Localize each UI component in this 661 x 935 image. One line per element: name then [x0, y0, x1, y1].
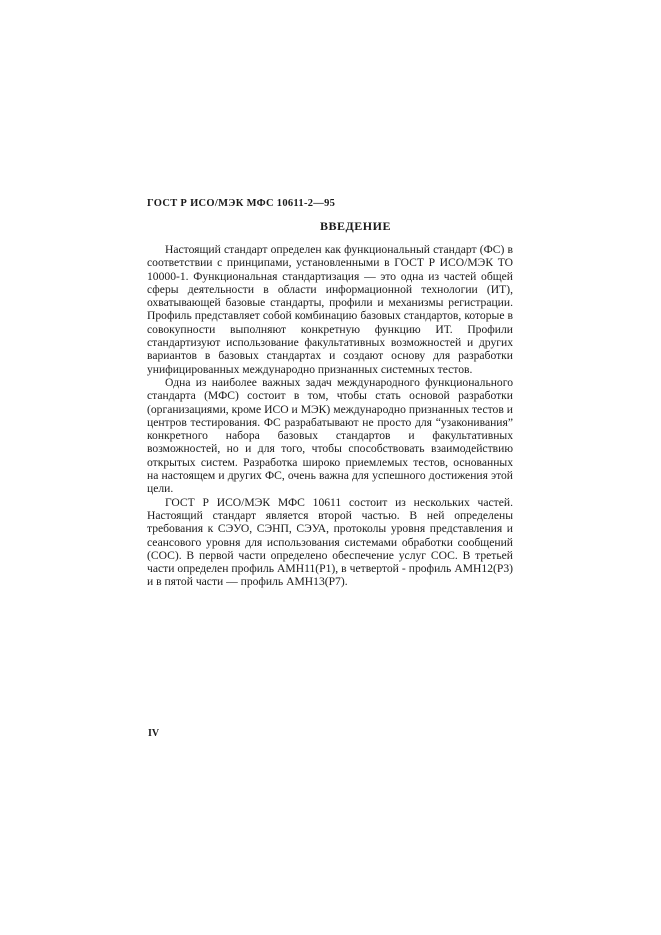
section-title: ВВЕДЕНИЕ [0, 219, 661, 234]
paragraph-1: Настоящий стандарт определен как функцио… [147, 243, 513, 376]
paragraph-2: Одна из наиболее важных задач международ… [147, 376, 513, 496]
paragraph-3: ГОСТ Р ИСО/МЭК МФС 10611 состоит из неск… [147, 496, 513, 589]
page-number: IV [148, 728, 159, 739]
document-header: ГОСТ Р ИСО/МЭК МФС 10611-2—95 [147, 198, 335, 209]
body-text: Настоящий стандарт определен как функцио… [147, 243, 513, 589]
